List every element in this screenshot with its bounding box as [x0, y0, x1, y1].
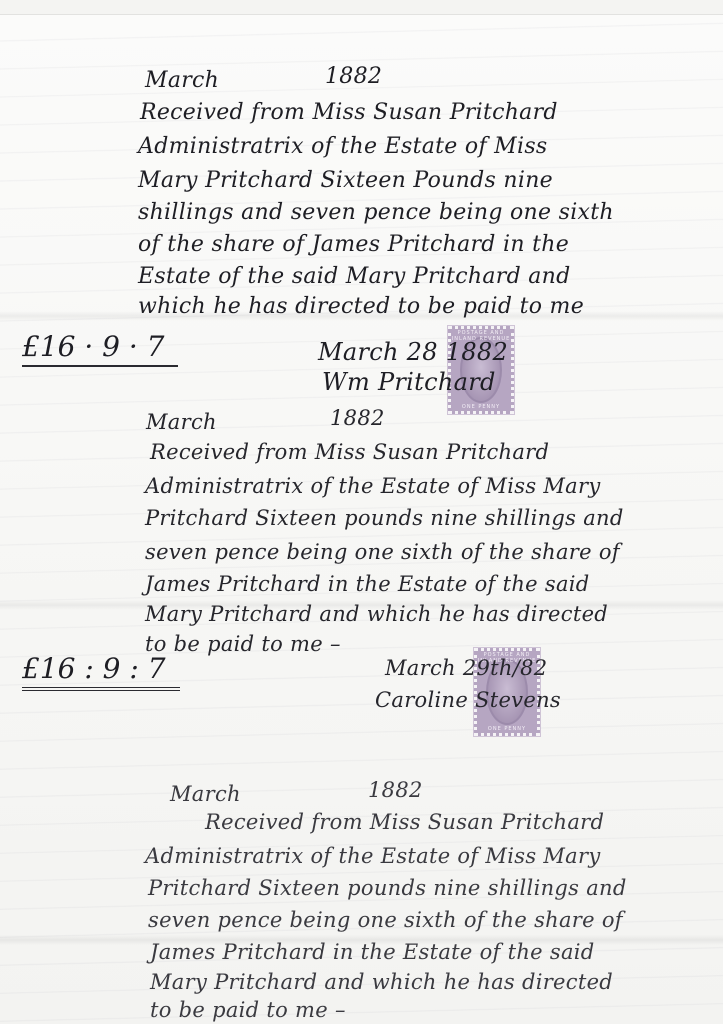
receipt-line: Estate of the said Mary Pritchard and — [138, 264, 571, 289]
receipt-line: James Pritchard in the Estate of the sai… — [150, 940, 595, 964]
receipt-year: 1882 — [368, 778, 423, 802]
receipt-signature: Wm Pritchard — [322, 368, 496, 396]
receipt-line: Administratrix of the Estate of Miss Mar… — [145, 844, 601, 868]
receipt-line: Pritchard Sixteen pounds nine shillings … — [145, 506, 624, 530]
receipt-line: seven pence being one sixth of the share… — [148, 908, 623, 932]
receipt-amount: £16 · 9 · 7 — [22, 330, 178, 367]
receipt-amount: £16 : 9 : 7 — [22, 652, 180, 691]
receipt-date: March 29th/82 — [385, 656, 547, 680]
receipt-date: March 28 1882 — [318, 338, 508, 366]
receipt-line: Mary Pritchard and which he has directed — [150, 970, 613, 994]
receipt-year: 1882 — [330, 406, 385, 430]
receipt-year: 1882 — [325, 64, 382, 89]
receipt-line: James Pritchard in the Estate of the sai… — [145, 572, 590, 596]
receipt-line: Received from Miss Susan Pritchard — [150, 440, 549, 464]
receipt-line: seven pence being one sixth of the share… — [145, 540, 620, 564]
receipt-line: which he has directed to be paid to me — [138, 294, 584, 319]
receipt-line: of the share of James Pritchard in the — [138, 232, 569, 257]
receipt-month: March — [145, 68, 219, 93]
receipt-line: Mary Pritchard and which he has directed — [145, 602, 608, 626]
receipt-signature: Caroline Stevens — [375, 688, 561, 712]
receipt-line: to be paid to me – — [150, 998, 346, 1022]
receipt-month: March — [146, 410, 217, 434]
receipt-line: Received from Miss Susan Pritchard — [205, 810, 604, 834]
receipt-line: Received from Miss Susan Pritchard — [140, 100, 558, 125]
receipt-line: Administratrix of the Estate of Miss Mar… — [145, 474, 601, 498]
receipt-month: March — [170, 782, 241, 806]
receipt-line: Administratrix of the Estate of Miss — [138, 134, 548, 159]
receipt-line: Pritchard Sixteen pounds nine shillings … — [148, 876, 627, 900]
receipt-line: shillings and seven pence being one sixt… — [138, 200, 614, 225]
receipt-line: Mary Pritchard Sixteen Pounds nine — [138, 168, 553, 193]
